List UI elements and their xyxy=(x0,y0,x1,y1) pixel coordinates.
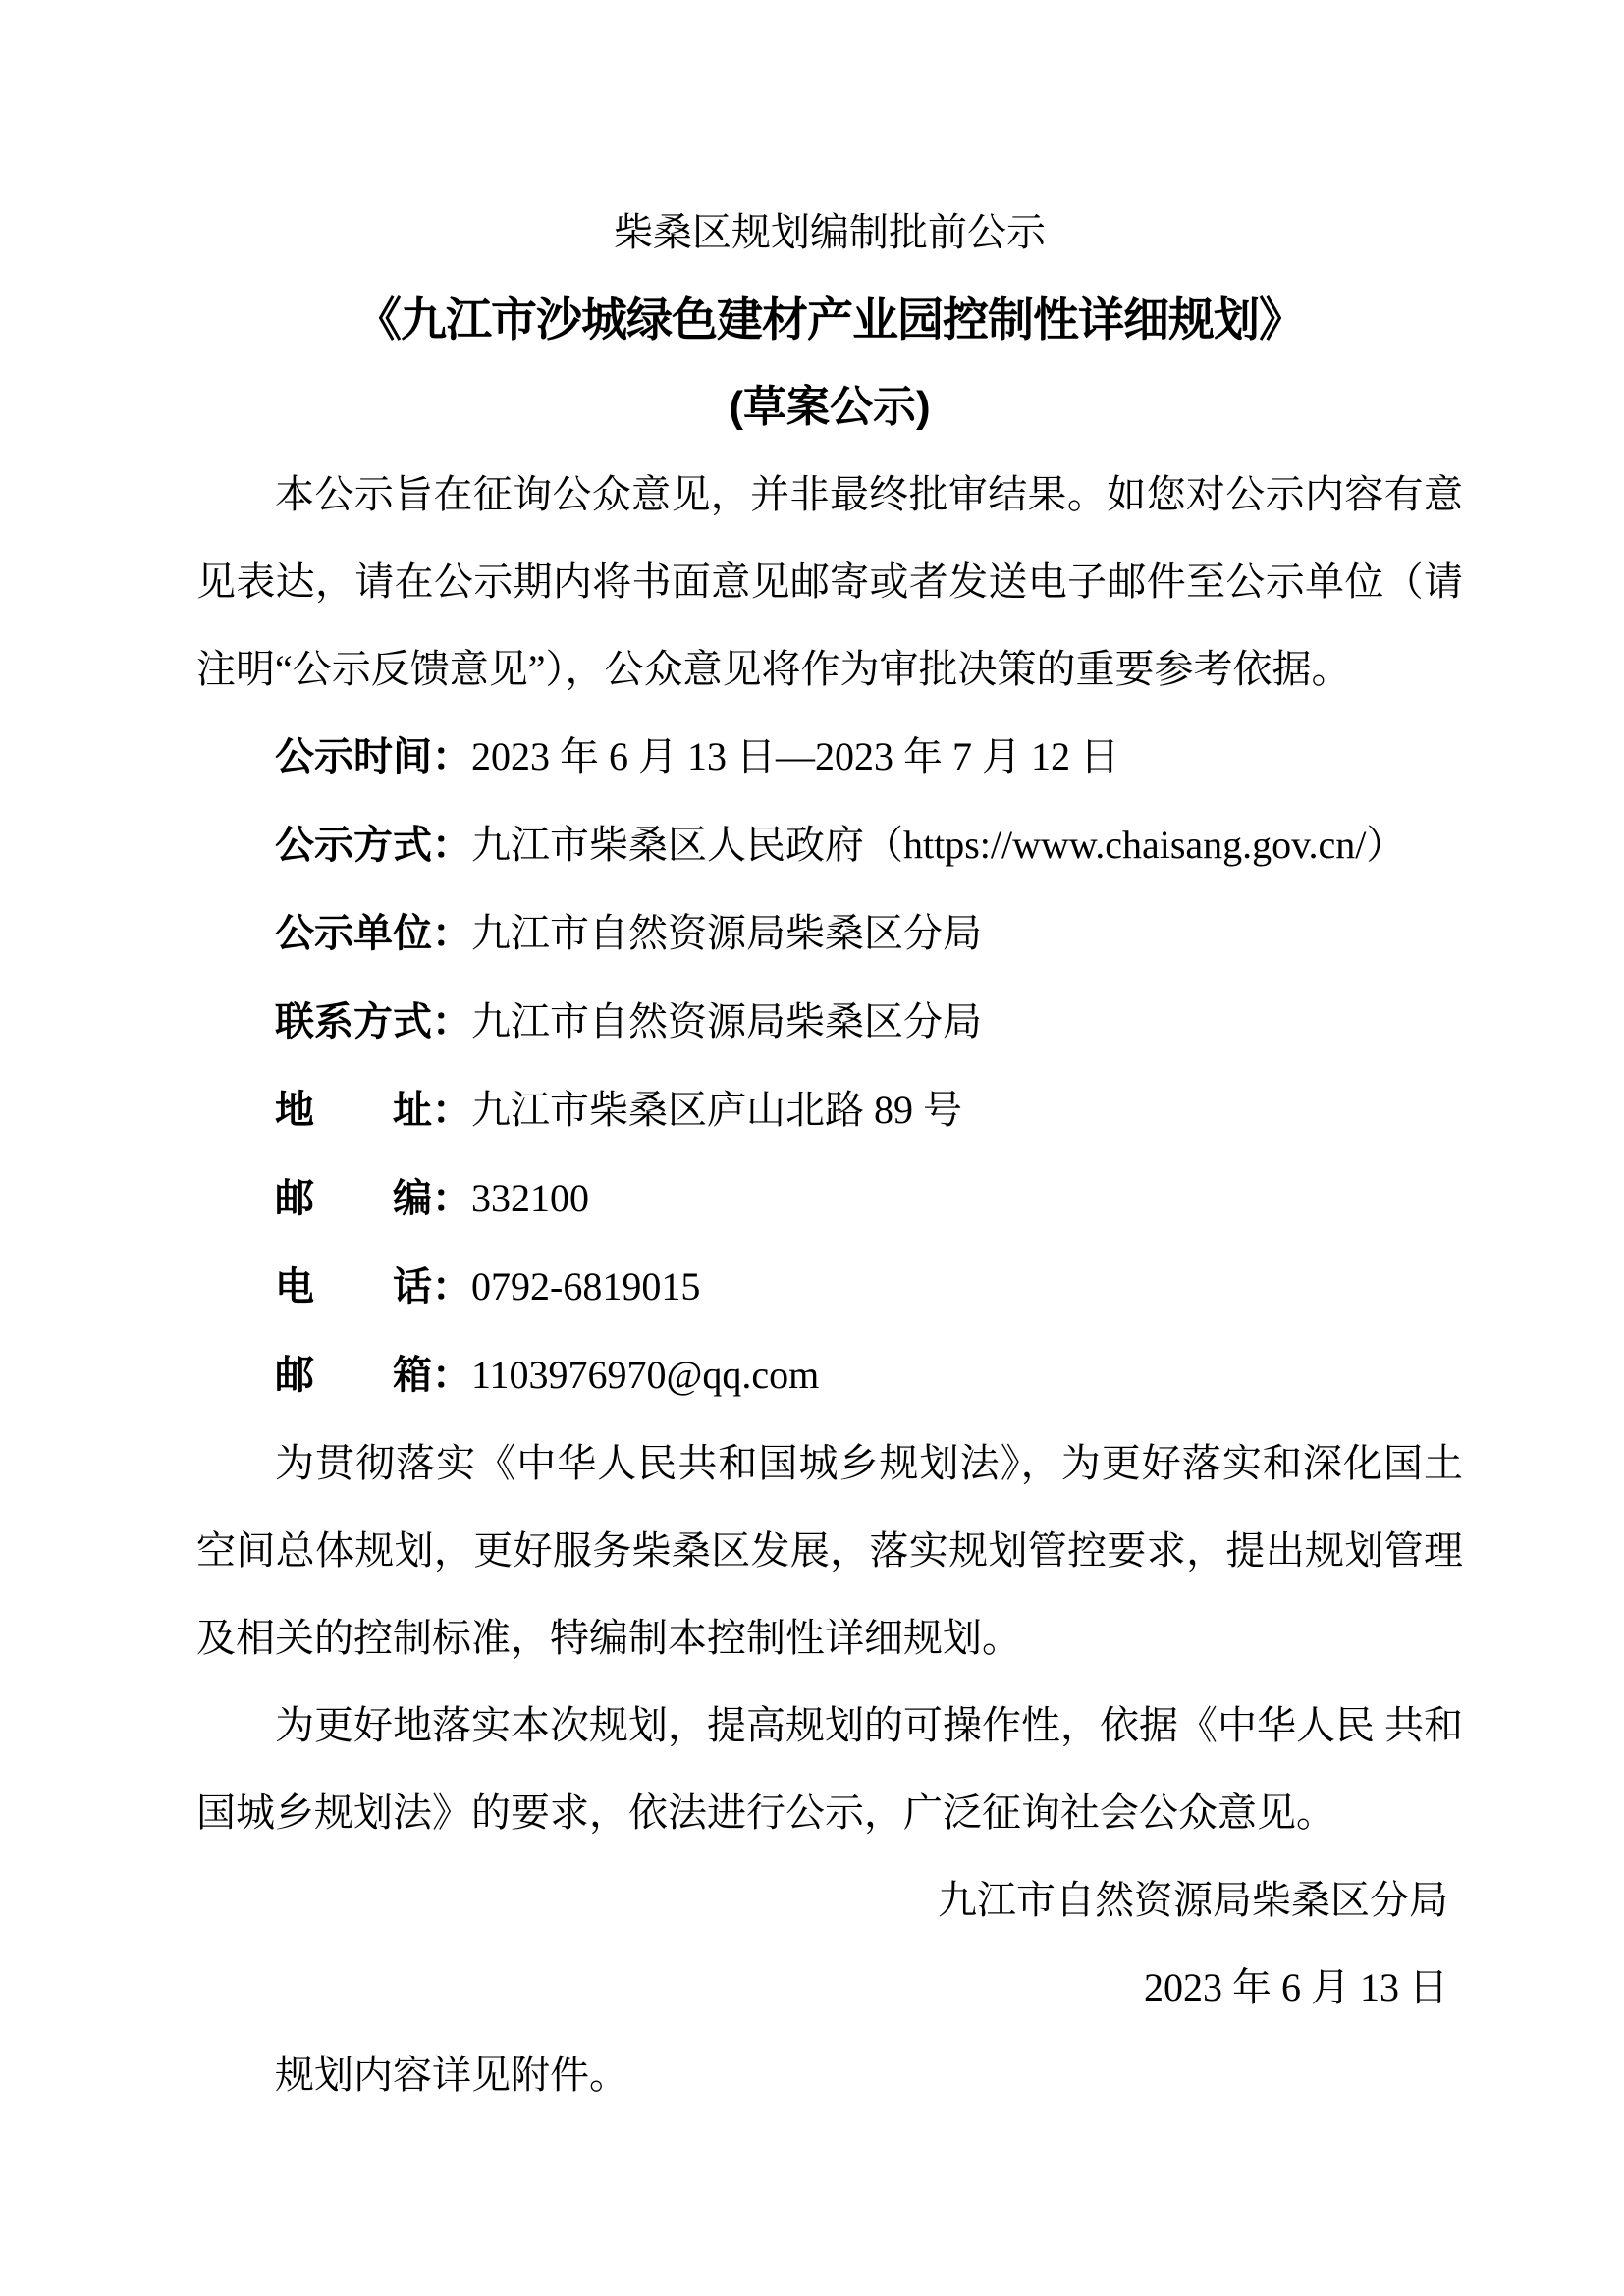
field-colon: ： xyxy=(432,912,471,955)
field-colon: ： xyxy=(432,1177,471,1220)
field-row-publicity-unit: 公示单位：九江市自然资源局柴桑区分局 xyxy=(196,889,1463,978)
field-colon: ： xyxy=(432,735,471,778)
field-row-publicity-method: 公示方式：九江市柴桑区人民政府（https://www.chaisang.gov… xyxy=(196,801,1463,889)
document-title: 《九江市沙城绿色建材产业园控制性详细规划》 xyxy=(196,276,1463,363)
signature-date: 2023 年 6 月 13 日 xyxy=(196,1944,1463,2031)
field-value-postal-code: 332100 xyxy=(471,1176,589,1220)
field-value-publicity-method: 九江市柴桑区人民政府（https://www.chaisang.gov.cn/） xyxy=(471,823,1405,867)
field-value-publicity-unit: 九江市自然资源局柴桑区分局 xyxy=(471,911,982,955)
closing-attachment-note: 规划内容详见附件。 xyxy=(196,2031,1463,2118)
field-row-postal-code: 邮编：332100 xyxy=(196,1154,1463,1243)
field-value-address: 九江市柴桑区庐山北路 89 号 xyxy=(471,1088,962,1132)
field-colon: ： xyxy=(432,1354,471,1397)
field-row-publicity-time: 公示时间：2023 年 6 月 13 日—2023 年 7 月 12 日 xyxy=(196,713,1463,801)
purpose-paragraph: 为更好地落实本次规划，提高规划的可操作性，依据《中华人民 共和国城乡规划法》的要… xyxy=(196,1682,1463,1856)
signature-agency: 九江市自然资源局柴桑区分局 xyxy=(196,1856,1463,1944)
field-row-phone: 电话：0792-6819015 xyxy=(196,1243,1463,1331)
intro-paragraph: 本公示旨在征询公众意见，并非最终批审结果。如您对公示内容有意见表达，请在公示期内… xyxy=(196,451,1463,713)
field-value-publicity-time: 2023 年 6 月 13 日—2023 年 7 月 12 日 xyxy=(471,734,1119,778)
field-value-email: 1103976970@qq.com xyxy=(471,1353,819,1397)
field-row-address: 地址：九江市柴桑区庐山北路 89 号 xyxy=(196,1066,1463,1154)
document-subtitle: (草案公示) xyxy=(196,363,1463,451)
field-row-contact-method: 联系方式：九江市自然资源局柴桑区分局 xyxy=(196,978,1463,1066)
field-label-phone: 电话 xyxy=(275,1244,432,1331)
pretitle: 柴桑区规划编制批前公示 xyxy=(196,188,1463,276)
field-colon: ： xyxy=(432,824,471,867)
basis-paragraph: 为贯彻落实《中华人民共和国城乡规划法》，为更好落实和深化国土空间总体规划，更好服… xyxy=(196,1419,1463,1682)
field-label-email: 邮箱 xyxy=(275,1332,432,1419)
field-value-phone: 0792-6819015 xyxy=(471,1264,700,1308)
notice-document-page: 柴桑区规划编制批前公示 《九江市沙城绿色建材产业园控制性详细规划》 (草案公示)… xyxy=(0,0,1624,2296)
field-colon: ： xyxy=(432,1089,471,1132)
field-label-contact-method: 联系方式 xyxy=(275,979,432,1066)
field-colon: ： xyxy=(432,1000,471,1043)
field-row-email: 邮箱：1103976970@qq.com xyxy=(196,1331,1463,1419)
field-label-publicity-method: 公示方式 xyxy=(275,802,432,889)
field-value-contact-method: 九江市自然资源局柴桑区分局 xyxy=(471,999,982,1043)
field-label-address: 地址 xyxy=(275,1067,432,1154)
field-label-publicity-time: 公示时间 xyxy=(275,714,432,801)
field-label-publicity-unit: 公示单位 xyxy=(275,890,432,978)
field-label-postal-code: 邮编 xyxy=(275,1155,432,1243)
field-colon: ： xyxy=(432,1265,471,1308)
